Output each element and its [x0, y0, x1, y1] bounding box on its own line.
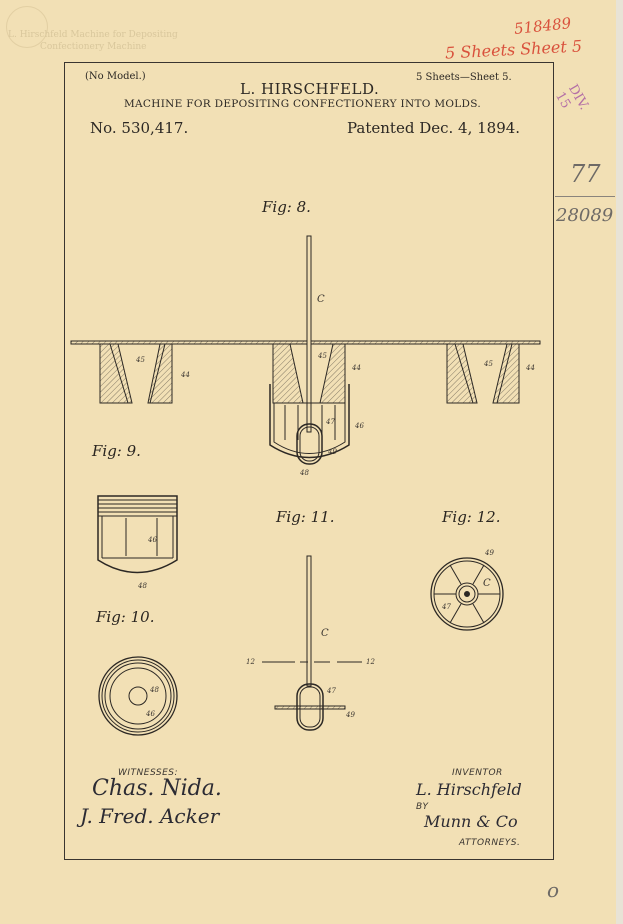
ref-46-fig8: 46 [355, 422, 364, 430]
ref-46-fig9: 46 [148, 536, 157, 544]
by-caption: BY [416, 802, 429, 812]
inventor-caption: INVENTOR [452, 768, 503, 778]
ref-45-right: 45 [484, 360, 493, 368]
ref-47-fig8: 47 [326, 418, 335, 426]
ref-46-fig10: 46 [146, 710, 155, 718]
ref-48-fig8: 48 [300, 469, 309, 477]
ref-49-fig12: 49 [485, 549, 494, 557]
attorneys-caption: ATTORNEYS. [459, 838, 520, 848]
ref-12-right: 12 [366, 658, 375, 666]
witness-2-signature: J. Fred. Acker [80, 804, 219, 828]
ref-44-left: 44 [181, 371, 190, 379]
ref-45-left: 45 [136, 356, 145, 364]
ref-12-left: 12 [246, 658, 255, 666]
inventor-signature: L. Hirschfeld [416, 780, 522, 799]
ref-45-center: 45 [318, 352, 327, 360]
ref-44-center: 44 [352, 364, 361, 372]
ref-44-right: 44 [526, 364, 535, 372]
ref-47-fig12: 47 [442, 603, 451, 611]
ref-48-fig9: 48 [138, 582, 147, 590]
ref-c-fig11: C [321, 628, 329, 639]
ref-49-fig11: 49 [346, 711, 355, 719]
fig10-drawing [99, 657, 177, 735]
witness-1-signature: Chas. Nida. [92, 776, 222, 801]
fig11-drawing [262, 556, 362, 730]
ref-49-fig8: 49 [328, 448, 337, 456]
ref-47-fig11: 47 [327, 687, 336, 695]
fig8-drawing [71, 236, 540, 464]
fig12-drawing [431, 558, 503, 630]
fig9-drawing [98, 496, 177, 573]
ref-48-fig10: 48 [150, 686, 159, 694]
ref-c-fig8: C [317, 294, 325, 305]
attorney-signature: Munn & Co [424, 812, 518, 831]
ref-c-fig12: C [483, 578, 491, 589]
